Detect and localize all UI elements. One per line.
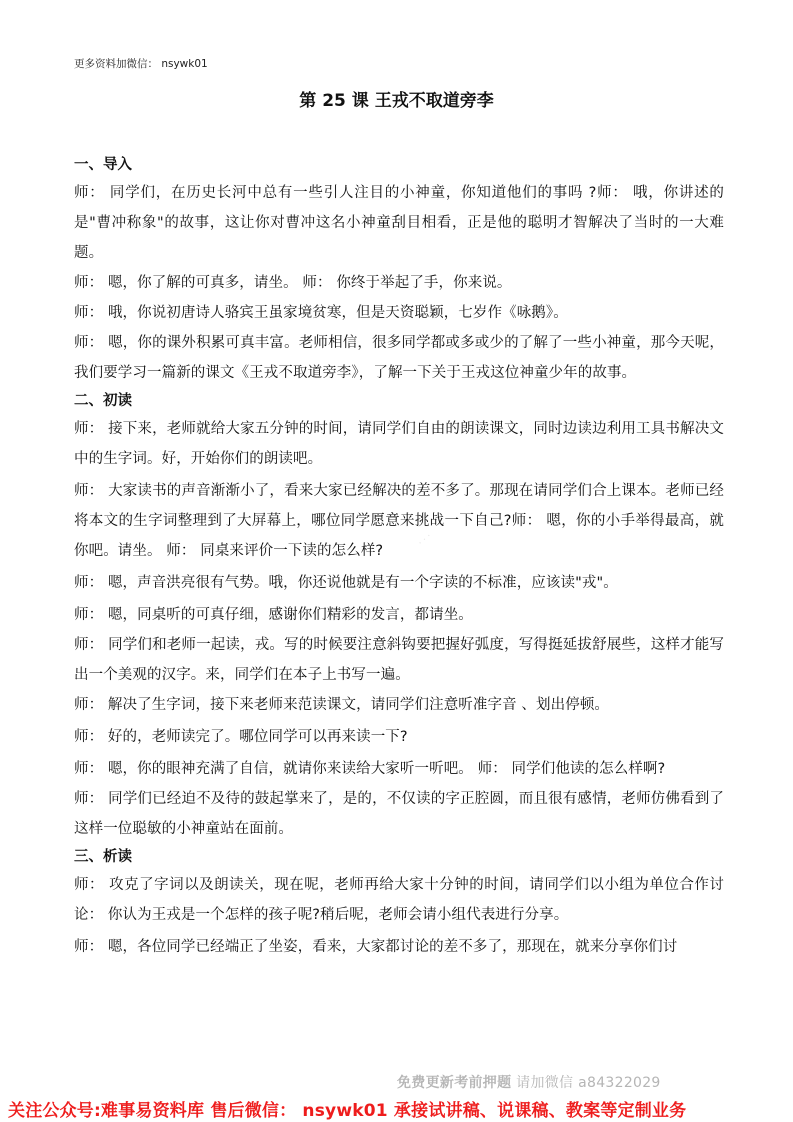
paragraph: 师： 好的，老师读完了。哪位同学可以再来读一下? (74, 722, 724, 752)
footer-ad-contact: 请加微信 a84322029 (511, 1075, 660, 1091)
page-title: 第 25 课 王戎不取道旁李 (0, 86, 793, 111)
section-heading: 一、导入 (74, 152, 724, 178)
footer-banner: 关注公众号:难事易资料库 售后微信： nsywk01 承接试讲稿、说课稿、教案等… (8, 1096, 788, 1121)
paragraph: 师： 同学们已经迫不及待的鼓起掌来了，是的，不仅读的字正腔圆，而且很有感情，老师… (74, 784, 724, 844)
paragraph: 师： 同学们和老师一起读，戎。写的时候要注意斜钩要把握好弧度，写得挺延拔舒展些，… (74, 630, 724, 690)
section-analysis-reading: 三、析读 师： 攻克了字词以及朗读关，现在呢，老师再给大家十分钟的时间，请同学们… (74, 844, 724, 962)
paragraph: 师： 嗯，各位同学已经端正了坐姿，看来，大家都讨论的差不多了，那现在，就来分享你… (74, 932, 724, 962)
section-heading: 二、初读 (74, 388, 724, 414)
footer-ad-bold: 免费更新考前押题 (397, 1075, 511, 1091)
paragraph: 师： 攻克了字词以及朗读关，现在呢，老师再给大家十分钟的时间，请同学们以小组为单… (74, 870, 724, 930)
top-note: 更多资料加微信： nsywk01 (74, 56, 208, 71)
paragraph: 师： 大家读书的声音渐渐小了，看来大家已经解决的差不多了。那现在请同学们合上课本… (74, 476, 724, 566)
paragraph: 师： 嗯，你的课外积累可真丰富。老师相信，很多同学都或多或少的了解了一些小神童，… (74, 328, 724, 388)
paragraph: 师： 接下来，老师就给大家五分钟的时间，请同学们自由的朗读课文，同时边读边利用工… (74, 414, 724, 474)
paragraph: 师： 哦，你说初唐诗人骆宾王虽家境贫寒，但是天资聪颖，七岁作《咏鹅》。 (74, 298, 724, 328)
lesson-content: 一、导入 师： 同学们，在历史长河中总有一些引人注目的小神童，你知道他们的事吗 … (74, 152, 724, 962)
section-intro: 一、导入 师： 同学们，在历史长河中总有一些引人注目的小神童，你知道他们的事吗 … (74, 152, 724, 388)
section-first-reading: 二、初读 师： 接下来，老师就给大家五分钟的时间，请同学们自由的朗读课文，同时边… (74, 388, 724, 844)
section-heading: 三、析读 (74, 844, 724, 870)
paragraph: 师： 嗯，你的眼神充满了自信，就请你来读给大家听一听吧。 师： 同学们他读的怎么… (74, 754, 724, 784)
paragraph: 师： 同学们，在历史长河中总有一些引人注目的小神童，你知道他们的事吗 ?师： 哦… (74, 178, 724, 268)
paragraph: 师： 嗯，声音洪亮很有气势。哦，你还说他就是有一个字读的不标准，应该读"戎"。 (74, 568, 724, 598)
paragraph: 师： 嗯，同桌听的可真仔细，感谢你们精彩的发言，都请坐。 (74, 600, 724, 630)
paragraph: 师： 解决了生字词，接下来老师来范读课文，请同学们注意听准字音 、划出停顿。 (74, 690, 724, 720)
footer-ad: 免费更新考前押题 请加微信 a84322029 (397, 1072, 661, 1092)
paragraph: 师： 嗯，你了解的可真多，请坐。 师： 你终于举起了手，你来说。 (74, 268, 724, 298)
